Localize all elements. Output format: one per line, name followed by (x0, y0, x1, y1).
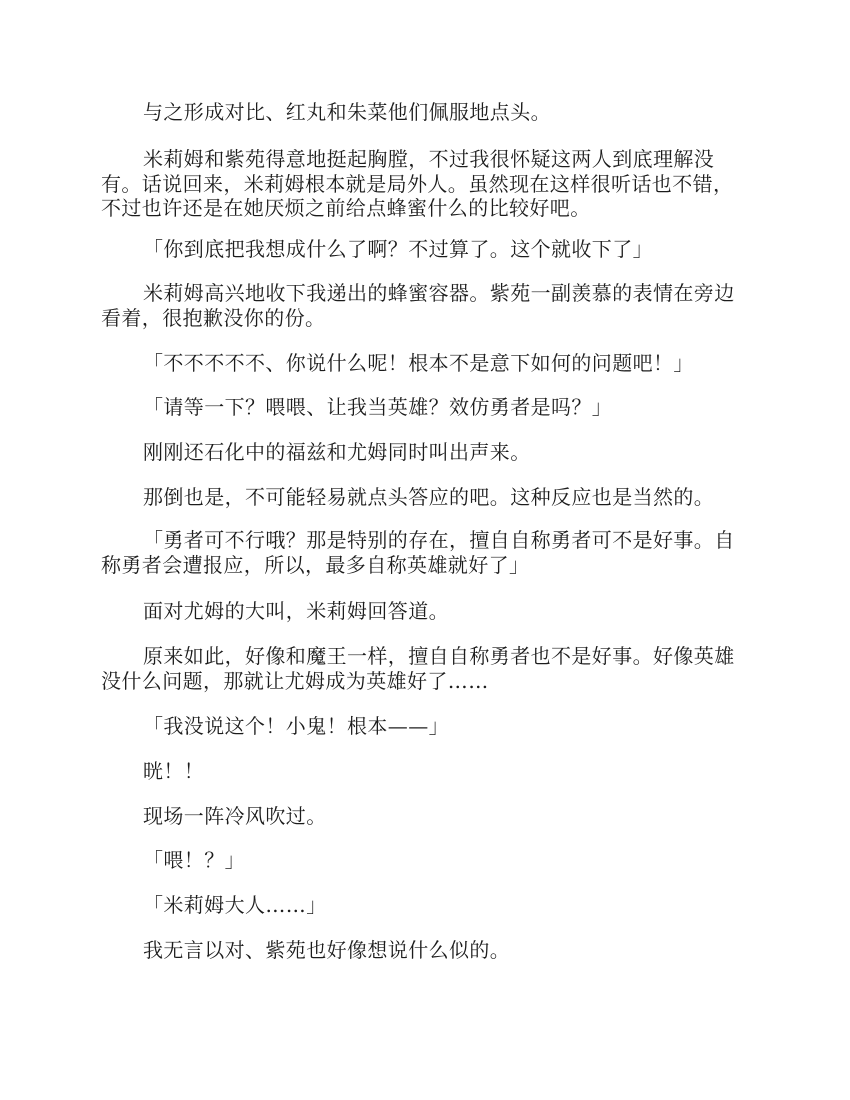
paragraph-9-line-1: 「勇者可不行哦？那是特别的存在，擅自自称勇者可不是好事。自 (143, 528, 735, 553)
paragraph-7-line-1: 刚刚还石化中的福兹和尤姆同时叫出声来。 (143, 440, 531, 465)
paragraph-13-line-1: 晄！！ (143, 759, 204, 784)
paragraph-15-line-1: 「喂！？」 (143, 848, 245, 873)
paragraph-12-line-1: 「我没说这个！小鬼！根本——」 (143, 714, 449, 739)
paragraph-2-line-3: 不过也许还是在她厌烦之前给点蜂蜜什么的比较好吧。 (101, 196, 591, 221)
paragraph-6-line-1: 「请等一下？喂喂、让我当英雄？效仿勇者是吗？」 (143, 395, 612, 420)
paragraph-10-line-1: 面对尤姆的大叫，米莉姆回答道。 (143, 599, 449, 624)
paragraph-4-line-2: 看着，很抱歉没你的份。 (101, 306, 325, 331)
paragraph-2-line-2: 有。话说回来，米莉姆根本就是局外人。虽然现在这样很听话也不错， (101, 172, 733, 197)
paragraph-11-line-1: 原来如此，好像和魔王一样，擅自自称勇者也不是好事。好像英雄 (143, 644, 735, 669)
paragraph-4-line-1: 米莉姆高兴地收下我递出的蜂蜜容器。紫苑一副羡慕的表情在旁边 (143, 281, 735, 306)
paragraph-1-line-1: 与之形成对比、红丸和朱菜他们佩服地点头。 (143, 100, 551, 125)
document-page: 与之形成对比、红丸和朱菜他们佩服地点头。 米莉姆和紫苑得意地挺起胸膛，不过我很怀… (0, 0, 850, 1100)
paragraph-14-line-1: 现场一阵冷风吹过。 (143, 804, 327, 829)
paragraph-11-line-2: 没什么问题，那就让尤姆成为英雄好了…… (101, 669, 489, 694)
paragraph-5-line-1: 「不不不不不、你说什么呢！根本不是意下如何的问题吧！」 (143, 351, 694, 376)
paragraph-17-line-1: 我无言以对、紫苑也好像想说什么似的。 (143, 938, 510, 963)
paragraph-8-line-1: 那倒也是，不可能轻易就点头答应的吧。这种反应也是当然的。 (143, 485, 714, 510)
paragraph-2-line-1: 米莉姆和紫苑得意地挺起胸膛，不过我很怀疑这两人到底理解没 (143, 147, 714, 172)
paragraph-3-line-1: 「你到底把我想成什么了啊？不过算了。这个就收下了」 (143, 237, 653, 262)
paragraph-16-line-1: 「米莉姆大人……」 (143, 893, 327, 918)
paragraph-9-line-2: 称勇者会遭报应，所以，最多自称英雄就好了」 (101, 553, 529, 578)
